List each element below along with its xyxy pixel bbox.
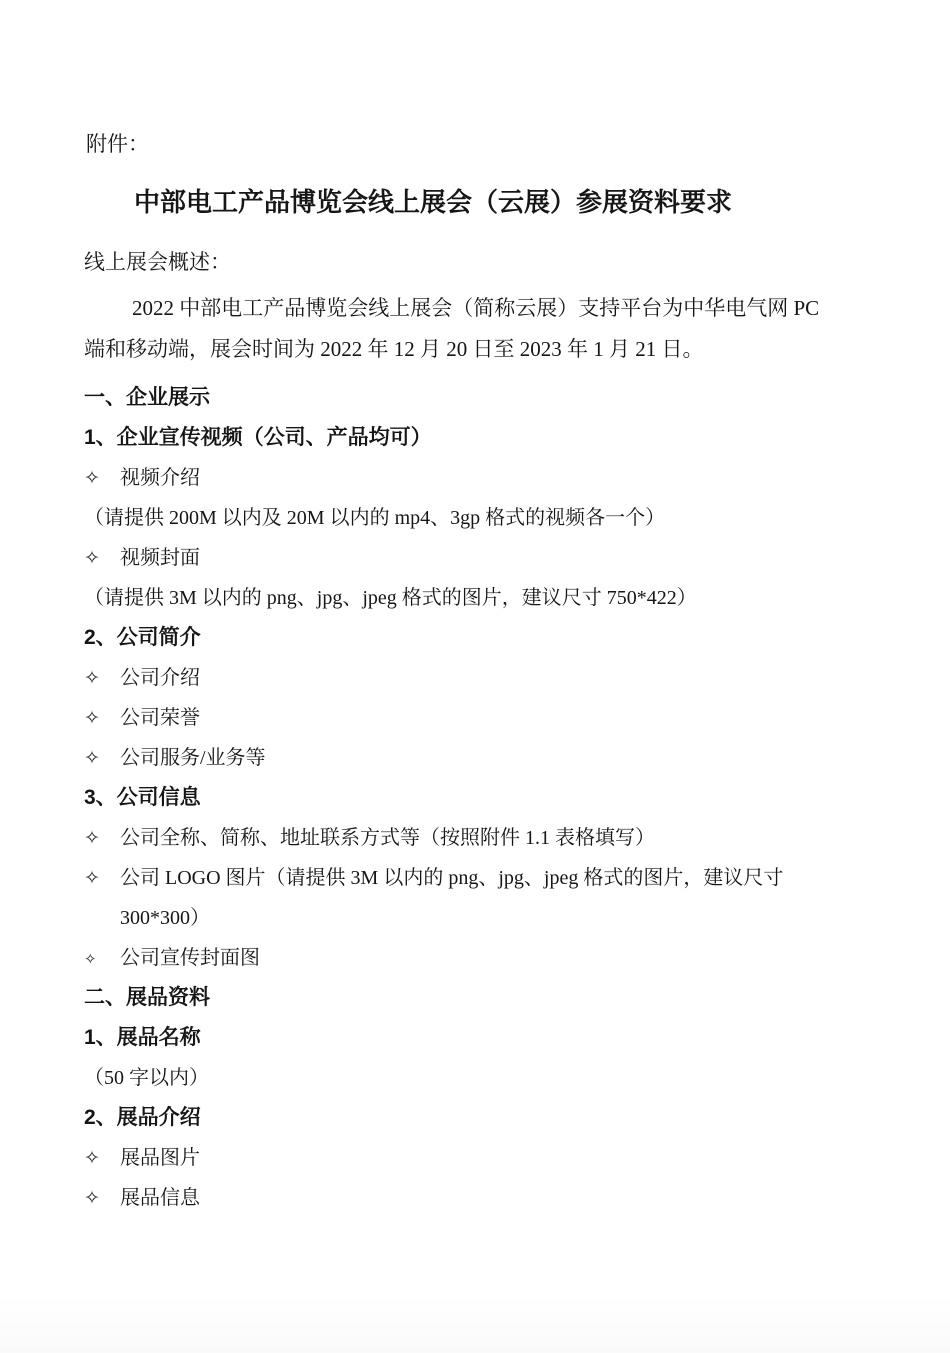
diamond-bullet-icon: ✧ bbox=[84, 859, 120, 899]
bullet-item-label: 公司 LOGO 图片（请提供 3M 以内的 png、jpg、jpeg 格式的图片… bbox=[120, 867, 783, 889]
subsection-heading: 3、公司信息 bbox=[84, 778, 894, 818]
diamond-bullet-icon: ✧ bbox=[84, 1139, 120, 1179]
paragraph-line: 2022 中部电工产品博览会线上展会（简称云展）支持平台为中华电气网 PC bbox=[84, 288, 874, 329]
document-title: 中部电工产品博览会线上展会（云展）参展资料要求 bbox=[134, 182, 732, 219]
bullet-item: ✧公司荣誉 bbox=[84, 698, 894, 738]
diamond-bullet-icon: ✧ bbox=[84, 1179, 120, 1219]
diamond-bullet-icon: ✧ bbox=[84, 539, 120, 579]
bullet-item-label: 公司全称、简称、地址联系方式等（按照附件 1.1 表格填写） bbox=[120, 827, 655, 849]
bullet-item-label: 公司荣誉 bbox=[120, 707, 200, 729]
note-line: （50 字以内） bbox=[84, 1058, 894, 1098]
diamond-bullet-icon: ✧ bbox=[84, 739, 120, 779]
bullet-item: ✧展品信息 bbox=[84, 1178, 894, 1218]
bullet-item-label: 公司服务/业务等 bbox=[120, 747, 266, 769]
bullet-item-label: 公司宣传封面图 bbox=[120, 947, 260, 969]
paragraph-line: 端和移动端，展会时间为 2022 年 12 月 20 日至 2023 年 1 月… bbox=[84, 329, 874, 370]
overview-paragraph: 2022 中部电工产品博览会线上展会（简称云展）支持平台为中华电气网 PC 端和… bbox=[84, 288, 874, 370]
subsection-heading: 1、展品名称 bbox=[84, 1018, 894, 1058]
continuation-line: 300*300） bbox=[84, 898, 894, 938]
subsection-heading: 2、公司简介 bbox=[84, 618, 894, 658]
bullet-item-label: 视频封面 bbox=[120, 547, 200, 569]
bullet-item: ✧展品图片 bbox=[84, 1138, 894, 1178]
bullet-item: ✧公司介绍 bbox=[84, 658, 894, 698]
overview-heading: 线上展会概述： bbox=[84, 246, 231, 276]
bullet-item: ✧公司宣传封面图 bbox=[84, 938, 894, 978]
subsection-heading: 1、企业宣传视频（公司、产品均可） bbox=[84, 418, 894, 458]
diamond-bullet-icon: ✧ bbox=[84, 819, 120, 859]
diamond-bullet-icon: ✧ bbox=[84, 699, 120, 739]
bullet-item-label: 展品信息 bbox=[120, 1187, 200, 1209]
bullet-item: ✧公司 LOGO 图片（请提供 3M 以内的 png、jpg、jpeg 格式的图… bbox=[84, 858, 894, 898]
bullet-item-label: 视频介绍 bbox=[120, 467, 200, 489]
diamond-bullet-icon: ✧ bbox=[84, 659, 120, 699]
subsection-heading: 2、展品介绍 bbox=[84, 1098, 894, 1138]
diamond-bullet-icon: ✧ bbox=[84, 459, 120, 499]
section-heading: 一、企业展示 bbox=[84, 378, 894, 418]
document-body: 一、企业展示 1、企业宣传视频（公司、产品均可） ✧视频介绍 （请提供 200M… bbox=[84, 378, 894, 1218]
bullet-item-label: 公司介绍 bbox=[120, 667, 200, 689]
note-line: （请提供 3M 以内的 png、jpg、jpeg 格式的图片，建议尺寸 750*… bbox=[84, 578, 894, 618]
diamond-bullet-icon: ✧ bbox=[84, 940, 120, 980]
bullet-item: ✧公司全称、简称、地址联系方式等（按照附件 1.1 表格填写） bbox=[84, 818, 894, 858]
document-page: 附件： 中部电工产品博览会线上展会（云展）参展资料要求 线上展会概述： 2022… bbox=[0, 0, 950, 1353]
bullet-item: ✧视频封面 bbox=[84, 538, 894, 578]
note-line: （请提供 200M 以内及 20M 以内的 mp4、3gp 格式的视频各一个） bbox=[84, 498, 894, 538]
attachment-label: 附件： bbox=[86, 128, 149, 158]
section-heading: 二、展品资料 bbox=[84, 978, 894, 1018]
bullet-item: ✧公司服务/业务等 bbox=[84, 738, 894, 778]
bullet-item: ✧视频介绍 bbox=[84, 458, 894, 498]
bullet-item-label: 展品图片 bbox=[120, 1147, 200, 1169]
